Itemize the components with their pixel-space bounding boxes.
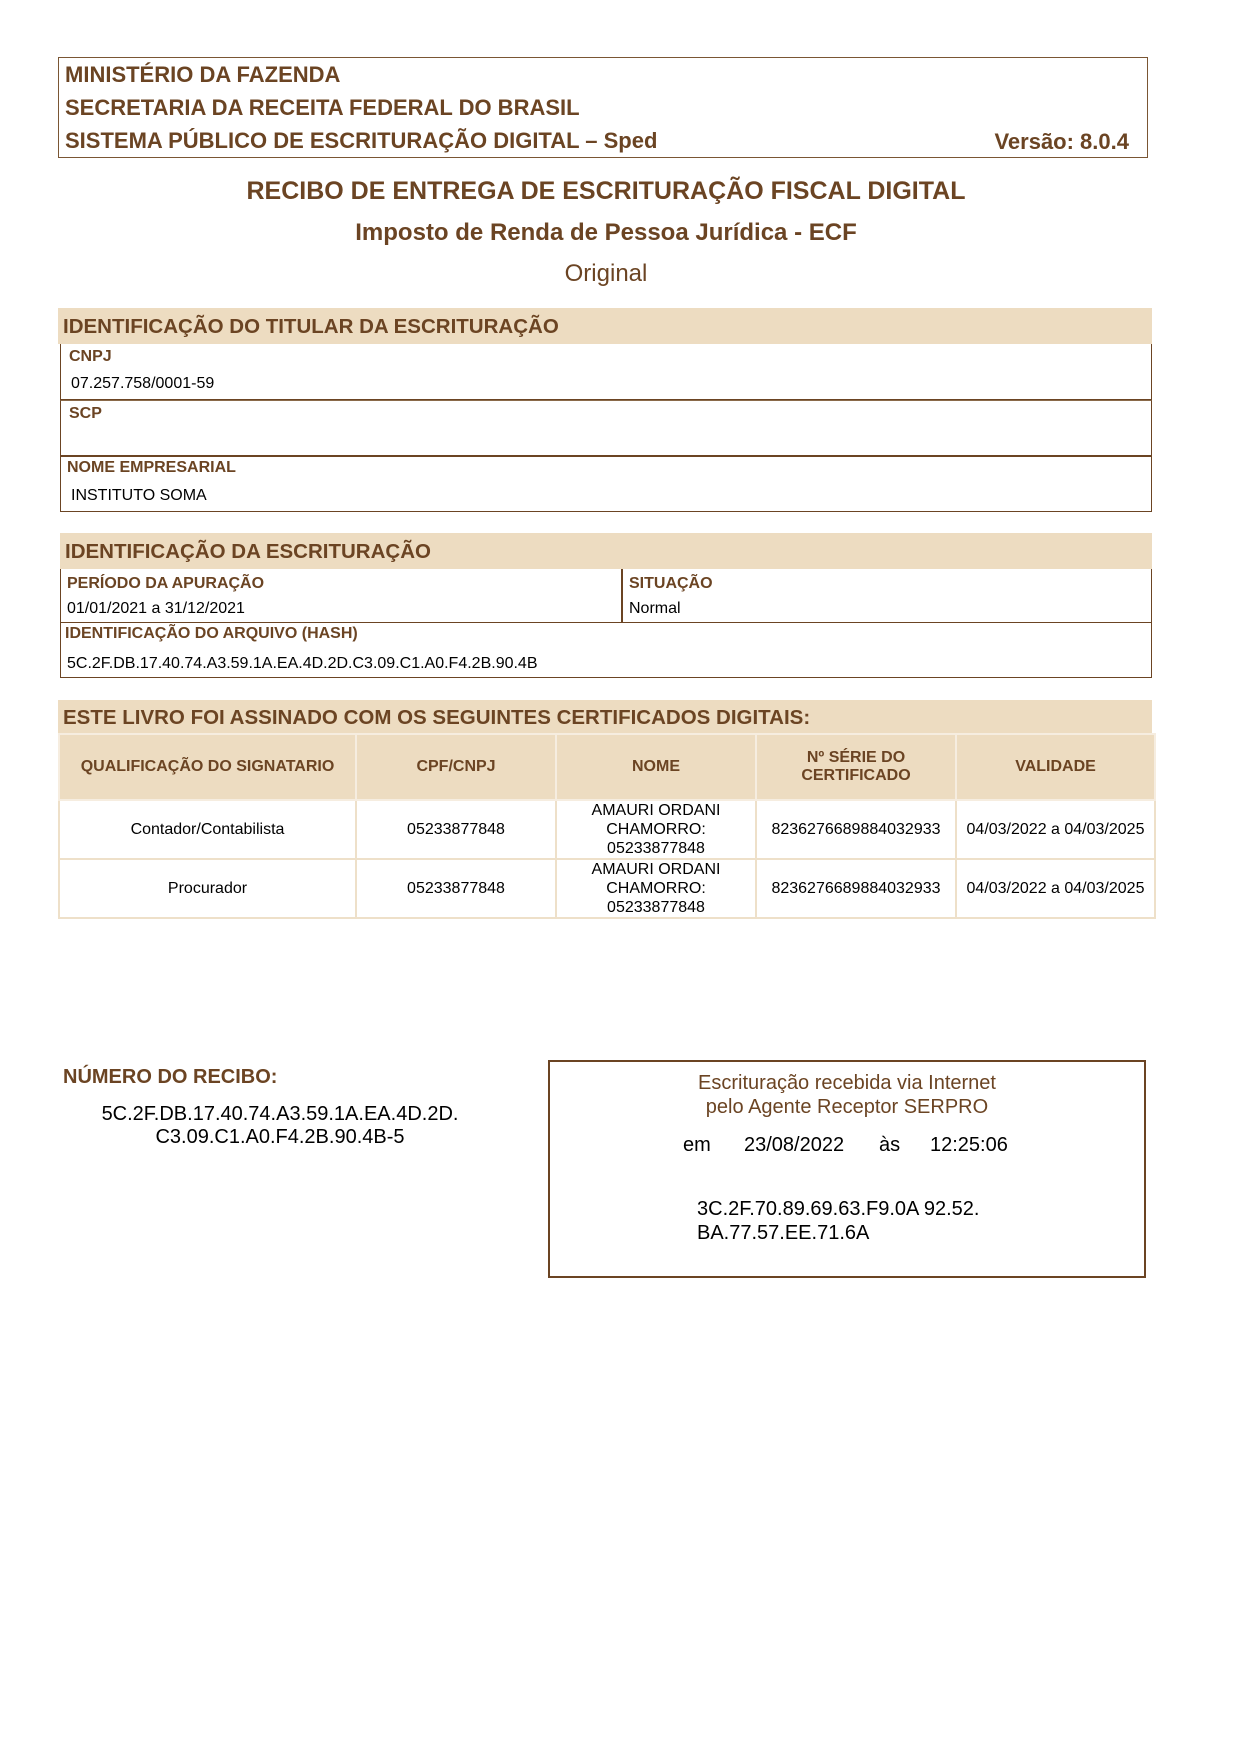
reception-time: 12:25:06 <box>930 1134 1008 1157</box>
table-header-row: QUALIFICAÇÃO DO SIGNATARIO CPF/CNPJ NOME… <box>59 734 1155 800</box>
table-row: Contador/Contabilista 05233877848 AMAURI… <box>59 800 1155 859</box>
scp-label: SCP <box>69 405 102 423</box>
column-header-nome: NOME <box>556 734 756 800</box>
column-header-qualificacao: QUALIFICAÇÃO DO SIGNATARIO <box>59 734 356 800</box>
certificados-section-heading: ESTE LIVRO FOI ASSINADO COM OS SEGUINTES… <box>58 700 1152 733</box>
reception-em: em <box>683 1134 711 1157</box>
receipt-number-label: NÚMERO DO RECIBO: <box>63 1066 277 1089</box>
secretariat-name: SECRETARIA DA RECEITA FEDERAL DO BRASIL <box>65 95 580 121</box>
situacao-field: SITUAÇÃO Normal <box>621 569 1152 623</box>
cell-serie: 8236276689884032933 <box>756 800 956 859</box>
periodo-field: PERÍODO DA APURAÇÃO 01/01/2021 a 31/12/2… <box>60 569 623 623</box>
periodo-value: 01/01/2021 a 31/12/2021 <box>67 600 245 618</box>
hash-value: 5C.2F.DB.17.40.74.A3.59.1A.EA.4D.2D.C3.0… <box>67 655 538 673</box>
cell-qualificacao: Procurador <box>59 859 356 918</box>
reception-as: às <box>879 1134 900 1157</box>
titular-section-heading: IDENTIFICAÇÃO DO TITULAR DA ESCRITURAÇÃO <box>58 308 1152 344</box>
periodo-label: PERÍODO DA APURAÇÃO <box>67 575 264 593</box>
situacao-value: Normal <box>629 600 681 618</box>
cnpj-value: 07.257.758/0001-59 <box>71 375 214 393</box>
certificates-table: QUALIFICAÇÃO DO SIGNATARIO CPF/CNPJ NOME… <box>58 733 1156 919</box>
reception-code-line1: 3C.2F.70.89.69.63.F9.0A 92.52. <box>697 1197 979 1221</box>
column-header-cpf-cnpj: CPF/CNPJ <box>356 734 556 800</box>
column-header-validade: VALIDADE <box>956 734 1155 800</box>
nome-empresarial-field: NOME EMPRESARIAL INSTITUTO SOMA <box>60 456 1152 512</box>
system-name: SISTEMA PÚBLICO DE ESCRITURAÇÃO DIGITAL … <box>65 128 657 154</box>
receipt-number-line1: 5C.2F.DB.17.40.74.A3.59.1A.EA.4D.2D. <box>60 1103 500 1126</box>
cell-cpf-cnpj: 05233877848 <box>356 800 556 859</box>
document-title: RECIBO DE ENTREGA DE ESCRITURAÇÃO FISCAL… <box>0 177 1212 206</box>
cell-validade: 04/03/2022 a 04/03/2025 <box>956 859 1155 918</box>
cell-cpf-cnpj: 05233877848 <box>356 859 556 918</box>
column-header-serie: Nº SÉRIE DO CERTIFICADO <box>756 734 956 800</box>
escrituracao-section-heading: IDENTIFICAÇÃO DA ESCRITURAÇÃO <box>60 533 1152 569</box>
scp-field: SCP <box>60 400 1152 456</box>
receipt-number-line2: C3.09.C1.A0.F4.2B.90.4B-5 <box>60 1126 500 1149</box>
cell-nome: AMAURI ORDANI CHAMORRO: 05233877848 <box>556 859 756 918</box>
cell-nome: AMAURI ORDANI CHAMORRO: 05233877848 <box>556 800 756 859</box>
header-box: MINISTÉRIO DA FAZENDA SECRETARIA DA RECE… <box>58 57 1148 158</box>
nome-empresarial-value: INSTITUTO SOMA <box>71 487 207 505</box>
hash-field: IDENTIFICAÇÃO DO ARQUIVO (HASH) 5C.2F.DB… <box>60 622 1152 678</box>
reception-line2: pelo Agente Receptor SERPRO <box>550 1095 1144 1119</box>
reception-date: 23/08/2022 <box>744 1134 844 1157</box>
reception-line1: Escrituração recebida via Internet <box>550 1071 1144 1095</box>
cnpj-label: CNPJ <box>69 348 112 366</box>
nome-empresarial-label: NOME EMPRESARIAL <box>67 459 236 477</box>
reception-box: Escrituração recebida via Internet pelo … <box>548 1060 1146 1278</box>
situacao-label: SITUAÇÃO <box>629 575 713 593</box>
cell-serie: 8236276689884032933 <box>756 859 956 918</box>
ministry-name: MINISTÉRIO DA FAZENDA <box>65 62 340 88</box>
version-label: Versão: 8.0.4 <box>994 129 1129 155</box>
document-type: Original <box>0 260 1212 288</box>
reception-code-line2: BA.77.57.EE.71.6A <box>697 1221 979 1245</box>
receipt-number-value: 5C.2F.DB.17.40.74.A3.59.1A.EA.4D.2D. C3.… <box>60 1103 500 1149</box>
cell-qualificacao: Contador/Contabilista <box>59 800 356 859</box>
hash-label: IDENTIFICAÇÃO DO ARQUIVO (HASH) <box>65 625 358 643</box>
cell-validade: 04/03/2022 a 04/03/2025 <box>956 800 1155 859</box>
cnpj-field: CNPJ 07.257.758/0001-59 <box>60 344 1152 400</box>
table-row: Procurador 05233877848 AMAURI ORDANI CHA… <box>59 859 1155 918</box>
reception-code: 3C.2F.70.89.69.63.F9.0A 92.52. BA.77.57.… <box>697 1197 979 1245</box>
document-subtitle: Imposto de Renda de Pessoa Jurídica - EC… <box>0 219 1212 247</box>
